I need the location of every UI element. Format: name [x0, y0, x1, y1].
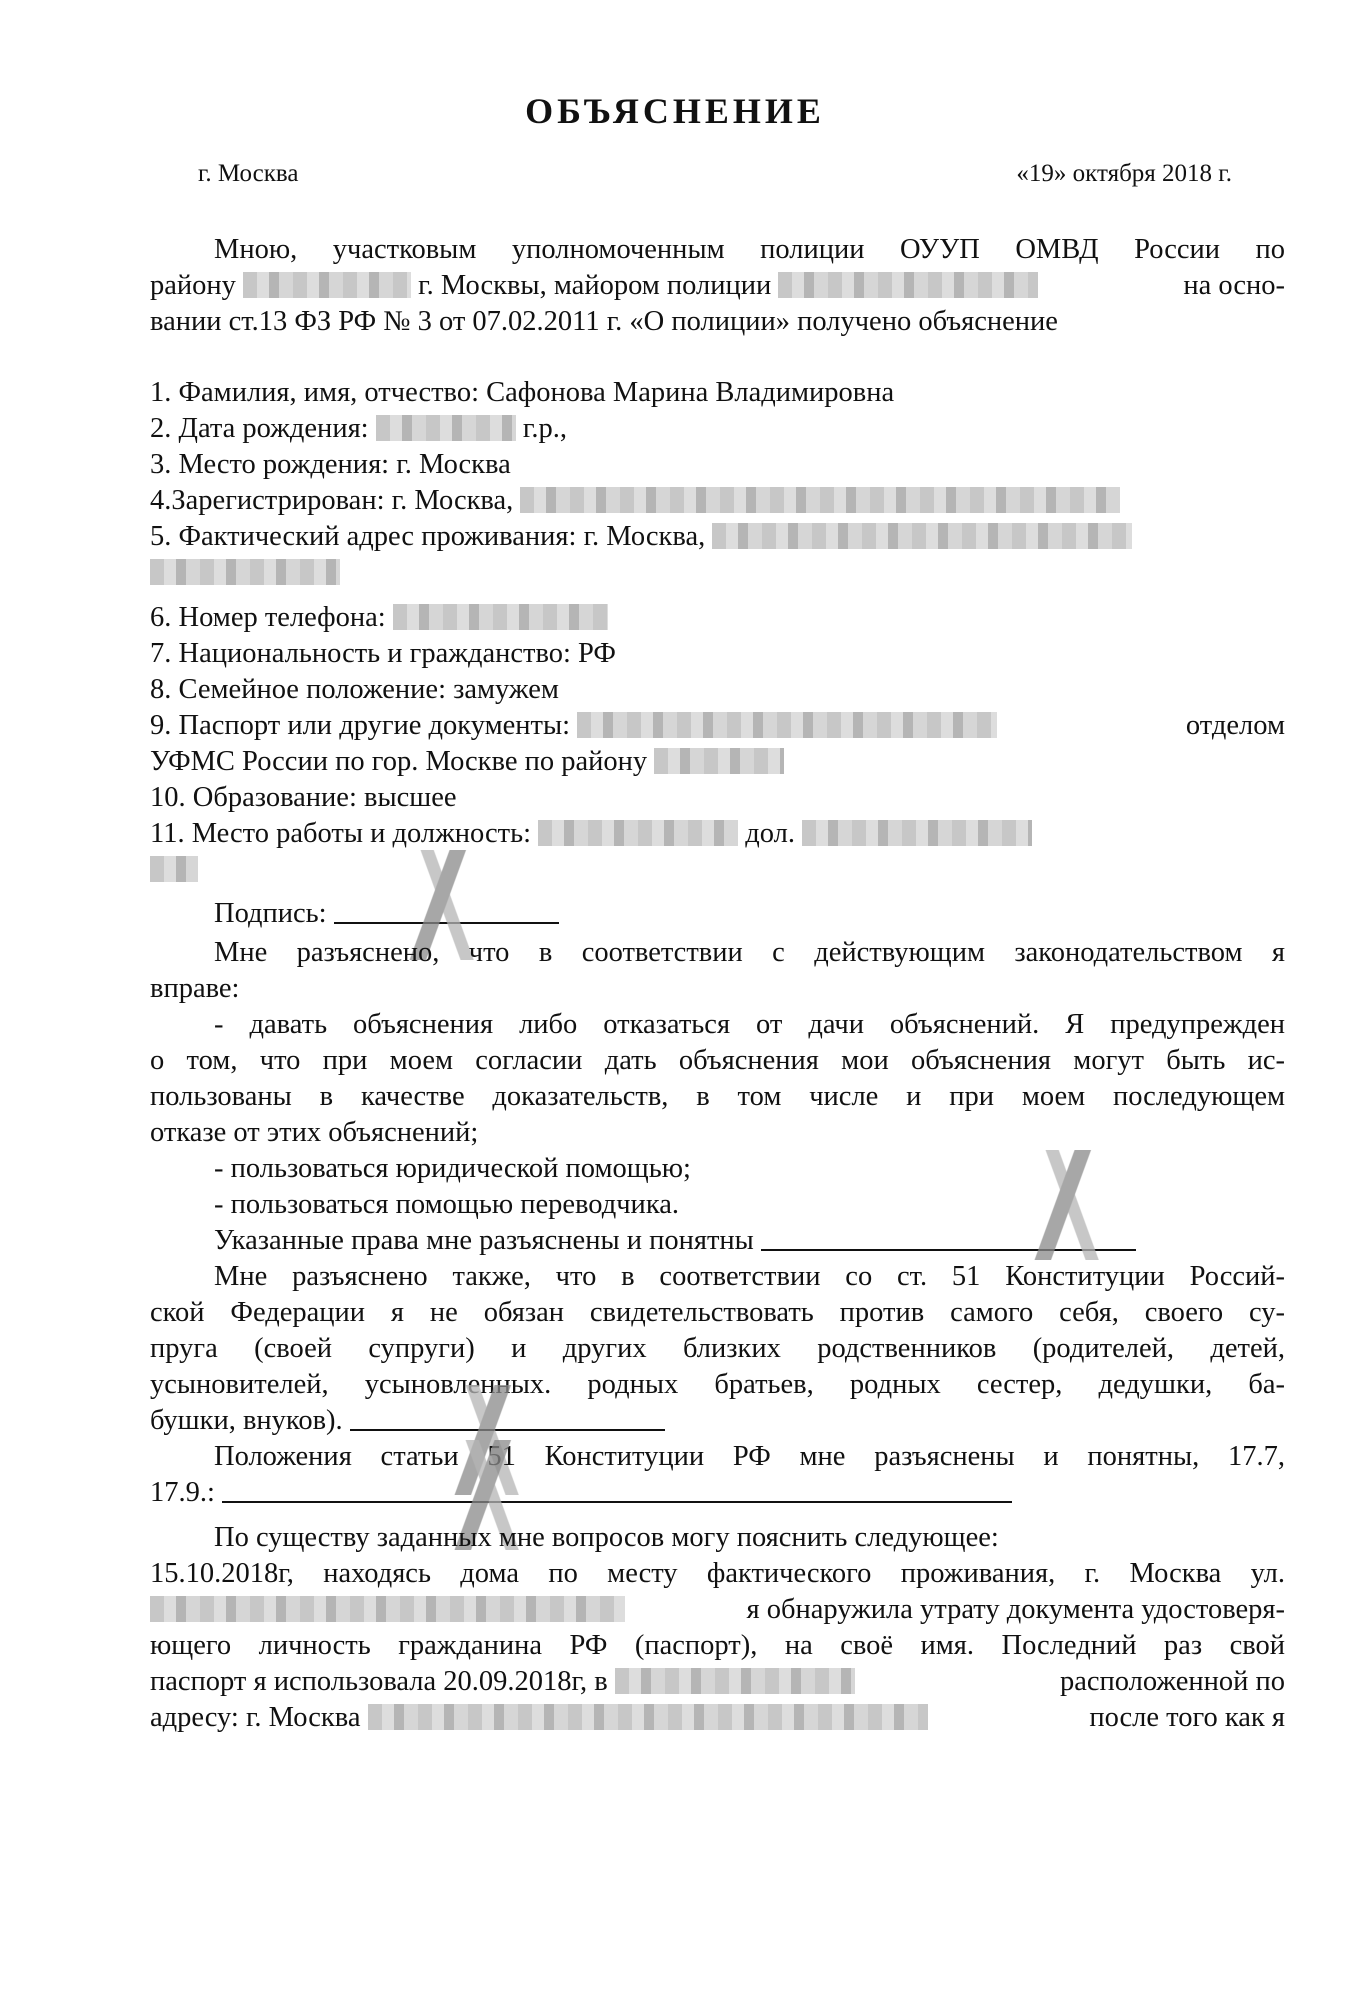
field-actual-address-cont	[150, 555, 1285, 591]
constitution-line-6: Положения статьи 51 Конституции РФ мне р…	[150, 1439, 1285, 1475]
document-title: ОБЪЯСНЕНИЕ	[0, 90, 1350, 132]
redacted-registration-address	[520, 487, 1120, 513]
field-birth-place: 3. Место рождения: г. Москва	[150, 447, 1285, 483]
constitution-line-5: бушки, внуков).	[150, 1403, 1285, 1439]
field-workplace-cont	[150, 852, 1285, 888]
redacted-workplace	[538, 820, 738, 846]
signature-line	[222, 1479, 1012, 1503]
field-full-name: 1. Фамилия, имя, отчество: Сафонова Мари…	[150, 375, 1285, 411]
field-passport-issuer: УФМС России по гор. Москве по району	[150, 744, 1285, 780]
field-marital-status: 8. Семейное положение: замужем	[150, 672, 1285, 708]
constitution-line-7: 17.9.:	[150, 1475, 1285, 1511]
rights-item-2: - пользоваться юридической помощью;	[150, 1151, 1285, 1187]
redacted-passport	[577, 712, 997, 738]
field-phone: 6. Номер телефона:	[150, 600, 1285, 636]
intro-line-3: вании ст.13 ФЗ РФ № 3 от 07.02.2011 г. «…	[150, 304, 1285, 340]
document-date: «19» октября 2018 г.	[1016, 160, 1232, 188]
rights-item-1-line-4: отказе от этих объяснений;	[150, 1115, 1285, 1151]
rights-item-1-line-1: - давать объяснения либо отказаться от д…	[150, 1007, 1285, 1043]
redacted-issuer-district	[654, 748, 784, 774]
statement-line-1: По существу заданных мне вопросов могу п…	[150, 1520, 1285, 1556]
constitution-line-2: ской Федерации я не обязан свидетельство…	[150, 1295, 1285, 1331]
field-workplace: 11. Место работы и должность: дол.	[150, 816, 1285, 852]
rights-line-2: вправе:	[150, 971, 1285, 1007]
field-passport: 9. Паспорт или другие документы: отделом	[150, 708, 1285, 744]
rights-item-3: - пользоваться помощью переводчика.	[150, 1187, 1285, 1223]
redacted-position	[802, 820, 1032, 846]
document-page: ОБЪЯСНЕНИЕ г. Москва «19» октября 2018 г…	[0, 0, 1350, 2000]
redacted-officer-name	[778, 272, 1038, 298]
intro-line-2: району г. Москвы, майором полиции на осн…	[150, 268, 1285, 304]
constitution-line-3: пруга (своей супруги) и других близких р…	[150, 1331, 1285, 1367]
rights-line-1: Мне разъяснено, что в соответствии с дей…	[150, 935, 1285, 971]
redacted-street	[150, 1596, 625, 1622]
intro-line-1: Мною, участковым уполномоченным полиции …	[150, 232, 1285, 268]
constitution-line-1: Мне разъяснено также, что в соответствии…	[150, 1259, 1285, 1295]
field-actual-address: 5. Фактический адрес проживания: г. Моск…	[150, 519, 1285, 555]
redacted-location	[615, 1668, 855, 1694]
statement-line-4: ющего личность гражданина РФ (паспорт), …	[150, 1628, 1285, 1664]
redacted-birth-date	[376, 415, 516, 441]
field-nationality: 7. Национальность и гражданство: РФ	[150, 636, 1285, 672]
statement-line-3: я обнаружила утрату документа удостоверя…	[150, 1592, 1285, 1628]
statement-line-5: паспорт я использовала 20.09.2018г, в ра…	[150, 1664, 1285, 1700]
redacted-phone	[393, 604, 608, 630]
redacted-actual-address-cont	[150, 559, 340, 585]
redacted-location-address	[368, 1704, 928, 1730]
constitution-line-4: усыновителей, усыновленных. родных брать…	[150, 1367, 1285, 1403]
rights-item-1-line-2: о том, что при моем согласии дать объясн…	[150, 1043, 1285, 1079]
field-birth-date: 2. Дата рождения: г.р.,	[150, 411, 1285, 447]
signature-row: Подпись:	[150, 896, 1285, 932]
rights-acknowledged: Указанные права мне разъяснены и понятны	[150, 1223, 1285, 1259]
signature-mark	[1030, 1150, 1100, 1260]
redacted-actual-address	[712, 523, 1132, 549]
redacted-district	[243, 272, 411, 298]
document-city: г. Москва	[198, 160, 298, 188]
statement-line-6: адресу: г. Москва после того как я	[150, 1700, 1285, 1736]
rights-item-1-line-3: пользованы в качестве доказательств, в т…	[150, 1079, 1285, 1115]
field-education: 10. Образование: высшее	[150, 780, 1285, 816]
statement-line-2: 15.10.2018г, находясь дома по месту факт…	[150, 1556, 1285, 1592]
redacted-position-cont	[150, 856, 198, 882]
field-registered: 4.Зарегистрирован: г. Москва,	[150, 483, 1285, 519]
